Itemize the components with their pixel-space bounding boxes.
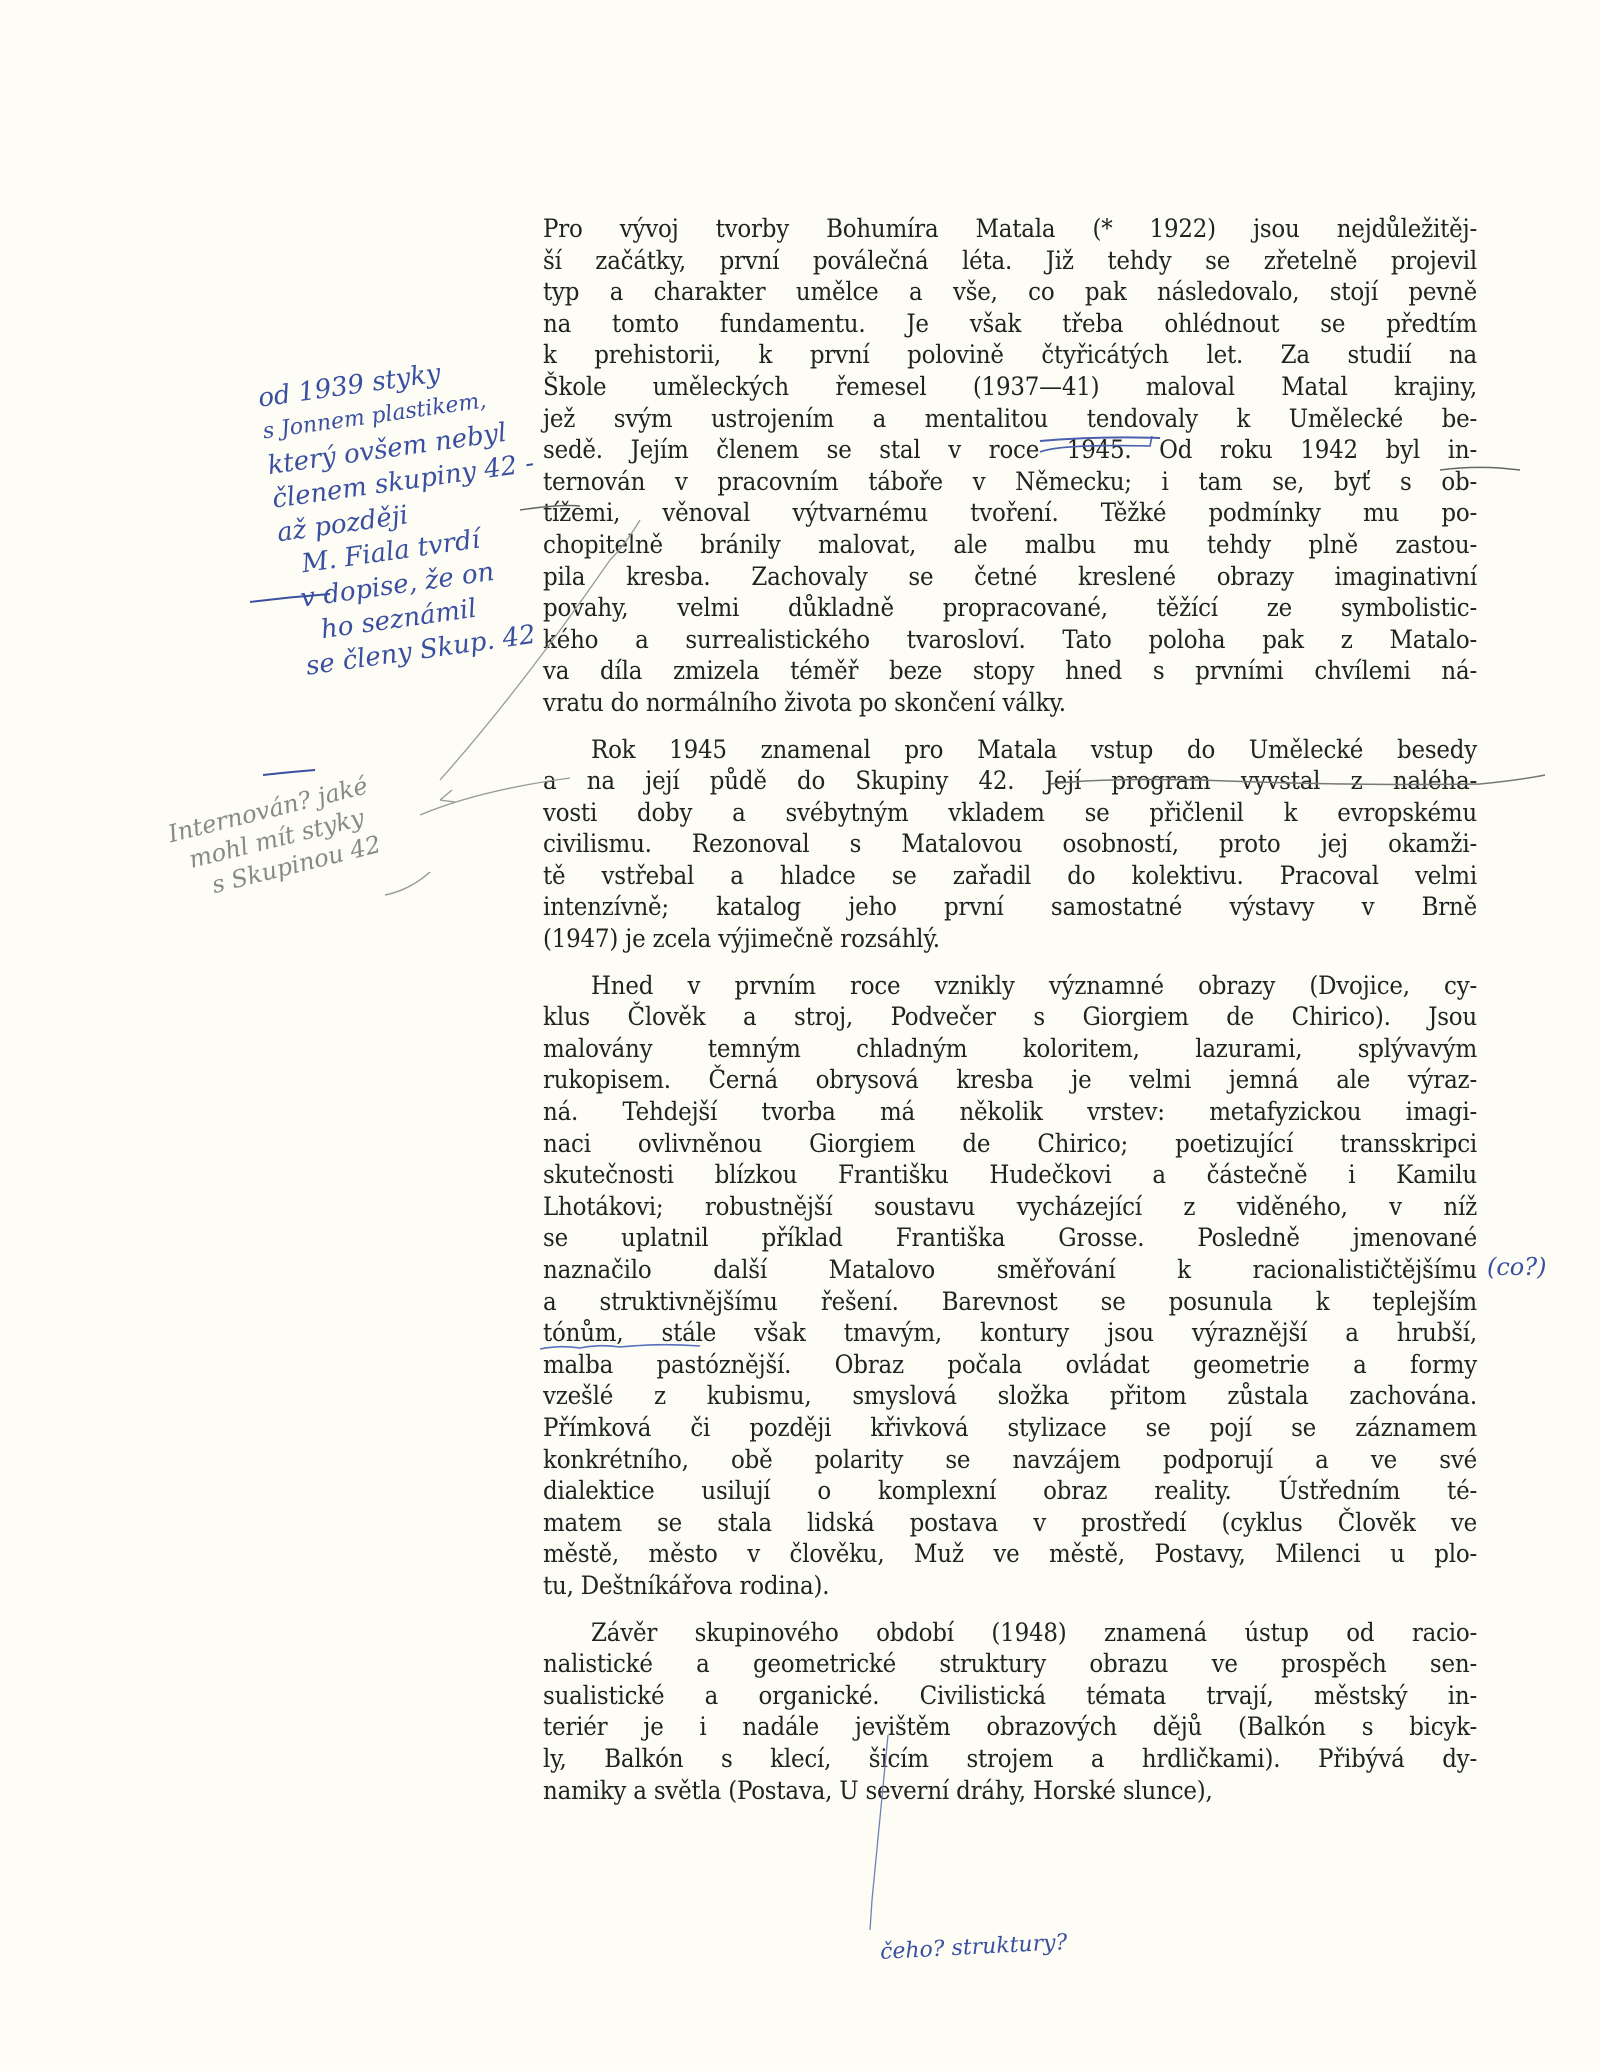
paragraph-3: Hned v prvním roce vznikly významné obra… xyxy=(543,971,1477,1603)
text-line: ly, Balkón s klecí, šicím strojem a hrdl… xyxy=(543,1744,1477,1776)
text-line: tónům, stále však tmavým, kontury jsou v… xyxy=(543,1318,1477,1350)
bottom-note: čeho? struktury? xyxy=(879,1930,1068,1965)
text-line: intenzívně; katalog jeho první samostatn… xyxy=(543,892,1477,924)
text-line: civilismu. Rezonoval s Matalovou osobnos… xyxy=(543,829,1477,861)
text-line: naci ovlivněnou Giorgiem de Chirico; poe… xyxy=(543,1129,1477,1161)
right-margin-note: (co?) xyxy=(1487,1253,1546,1281)
text-line: jež svým ustrojením a mentalitou tendova… xyxy=(543,404,1477,436)
text-line: tu, Deštníkářova rodina). xyxy=(543,1571,1477,1603)
paragraph-1: Pro vývoj tvorby Bohumíra Matala (* 1922… xyxy=(543,214,1477,720)
text-line: malba pastóznější. Obraz počala ovládat … xyxy=(543,1350,1477,1382)
text-line: Hned v prvním roce vznikly významné obra… xyxy=(543,971,1477,1003)
margin-note-ink: od 1939 styky s Jonnem plastikem, který … xyxy=(256,345,560,685)
text-line: teriér je i nadále jevištěm obrazových d… xyxy=(543,1712,1477,1744)
text-line: chopitelně bránily malovat, ale malbu mu… xyxy=(543,530,1477,562)
text-line: naznačilo další Matalovo směřování k rac… xyxy=(543,1255,1477,1287)
text-line: kého a surrealistického tvarosloví. Tato… xyxy=(543,625,1477,657)
text-line: namiky a světla (Postava, U severní dráh… xyxy=(543,1776,1477,1808)
text-line: k prehistorii, k první polovině čtyřicát… xyxy=(543,340,1477,372)
text-line: a struktivnějšímu řešení. Barevnost se p… xyxy=(543,1287,1477,1319)
text-line: povahy, velmi důkladně propracované, těž… xyxy=(543,593,1477,625)
text-line: na tomto fundamentu. Je však třeba ohléd… xyxy=(543,309,1477,341)
text-line: vosti doby a svébytným vkladem se přičle… xyxy=(543,798,1477,830)
text-line: malovány temným chladným koloritem, lazu… xyxy=(543,1034,1477,1066)
text-line: Přímková či později křivková stylizace s… xyxy=(543,1413,1477,1445)
text-line: Rok 1945 znamenal pro Matala vstup do Um… xyxy=(543,735,1477,767)
text-line: matem se stala lidská postava v prostřed… xyxy=(543,1508,1477,1540)
text-line: skutečnosti blízkou Františku Hudečkovi … xyxy=(543,1160,1477,1192)
paragraph-4: Závěr skupinového období (1948) znamená … xyxy=(543,1618,1477,1808)
text-line: Pro vývoj tvorby Bohumíra Matala (* 1922… xyxy=(543,214,1477,246)
text-line: sedě. Jejím členem se stal v roce 1945. … xyxy=(543,435,1477,467)
text-line: Závěr skupinového období (1948) znamená … xyxy=(543,1618,1477,1650)
text-line: sualistické a organické. Civilistická té… xyxy=(543,1681,1477,1713)
text-line: klus Člověk a stroj, Podvečer s Giorgiem… xyxy=(543,1002,1477,1034)
text-line: pila kresba. Zachovaly se četné kreslené… xyxy=(543,562,1477,594)
text-line: konkrétního, obě polarity se navzájem po… xyxy=(543,1445,1477,1477)
text-line: vratu do normálního života po skončení v… xyxy=(543,688,1477,720)
text-line: vzešlé z kubismu, smyslová složka přitom… xyxy=(543,1381,1477,1413)
text-line: ná. Tehdejší tvorba má několik vrstev: m… xyxy=(543,1097,1477,1129)
text-line: dialektice usilují o komplexní obraz rea… xyxy=(543,1476,1477,1508)
paragraph-2: Rok 1945 znamenal pro Matala vstup do Um… xyxy=(543,735,1477,956)
margin-note-pencil: Internován? jaké mohl mít styky s Skupin… xyxy=(165,771,385,908)
text-line: ternován v pracovním táboře v Německu; i… xyxy=(543,467,1477,499)
text-line: tížemi, věnoval výtvarnému tvoření. Těžk… xyxy=(543,498,1477,530)
text-line: městě, město v člověku, Muž ve městě, Po… xyxy=(543,1539,1477,1571)
text-line: se uplatnil příklad Františka Grosse. Po… xyxy=(543,1223,1477,1255)
text-line: Lhotákovi; robustnější soustavu vycházej… xyxy=(543,1192,1477,1224)
text-line: nalistické a geometrické struktury obraz… xyxy=(543,1649,1477,1681)
text-line: tě vstřebal a hladce se zařadil do kolek… xyxy=(543,861,1477,893)
text-line: ší začátky, první poválečná léta. Již te… xyxy=(543,246,1477,278)
text-line: rukopisem. Černá obrysová kresba je velm… xyxy=(543,1065,1477,1097)
text-line: va díla zmizela téměř beze stopy hned s … xyxy=(543,656,1477,688)
text-line: typ a charakter umělce a vše, co pak nás… xyxy=(543,277,1477,309)
body-text: Pro vývoj tvorby Bohumíra Matala (* 1922… xyxy=(543,214,1477,1807)
document-page: Pro vývoj tvorby Bohumíra Matala (* 1922… xyxy=(0,0,1600,2071)
text-line: (1947) je zcela výjimečně rozsáhlý. xyxy=(543,924,1477,956)
text-line: a na její půdě do Skupiny 42. Její progr… xyxy=(543,766,1477,798)
text-line: Škole uměleckých řemesel (1937—41) malov… xyxy=(543,372,1477,404)
